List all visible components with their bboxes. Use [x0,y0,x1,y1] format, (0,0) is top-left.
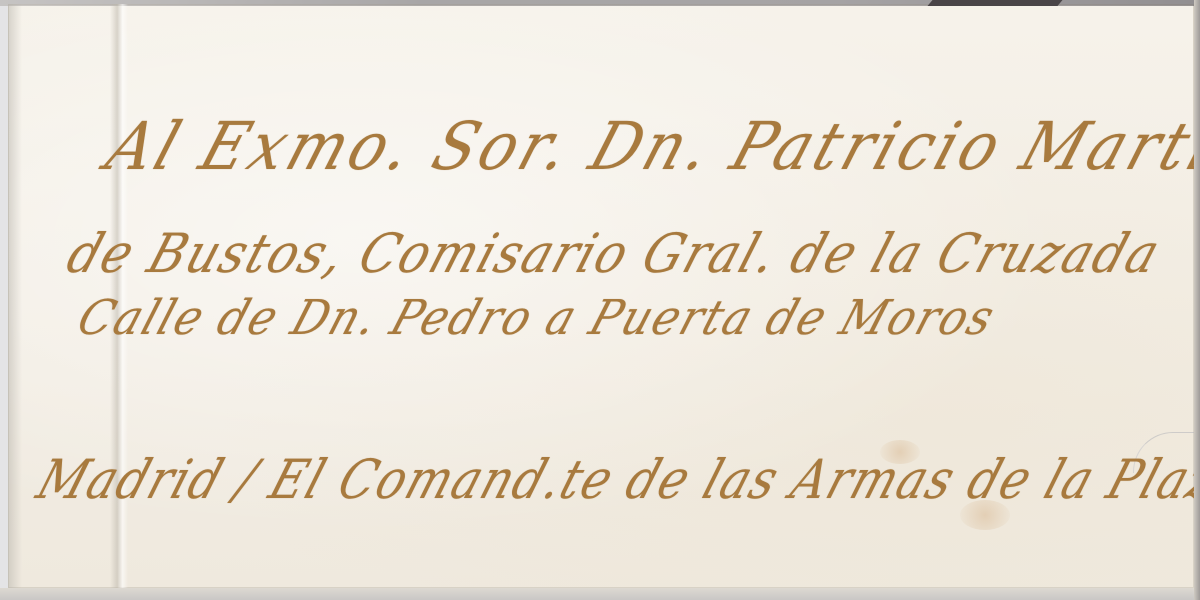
address-line-title: de Bustos, Comisario Gral. de la Cruzada [60,222,1169,285]
address-line-street: Calle de Dn. Pedro a Puerta de Moros [71,290,1003,346]
paper-bottom-edge [0,588,1200,600]
background-corner [927,0,1062,6]
address-line-recipient: Al Exmo. Sor. Dn. Patricio Martinez [97,108,1200,185]
address-line-sender: Madrid / El Comand.te de las Armas de la… [30,448,1200,511]
paper-left-shadow [8,4,22,588]
paper-right-edge [1194,0,1200,600]
